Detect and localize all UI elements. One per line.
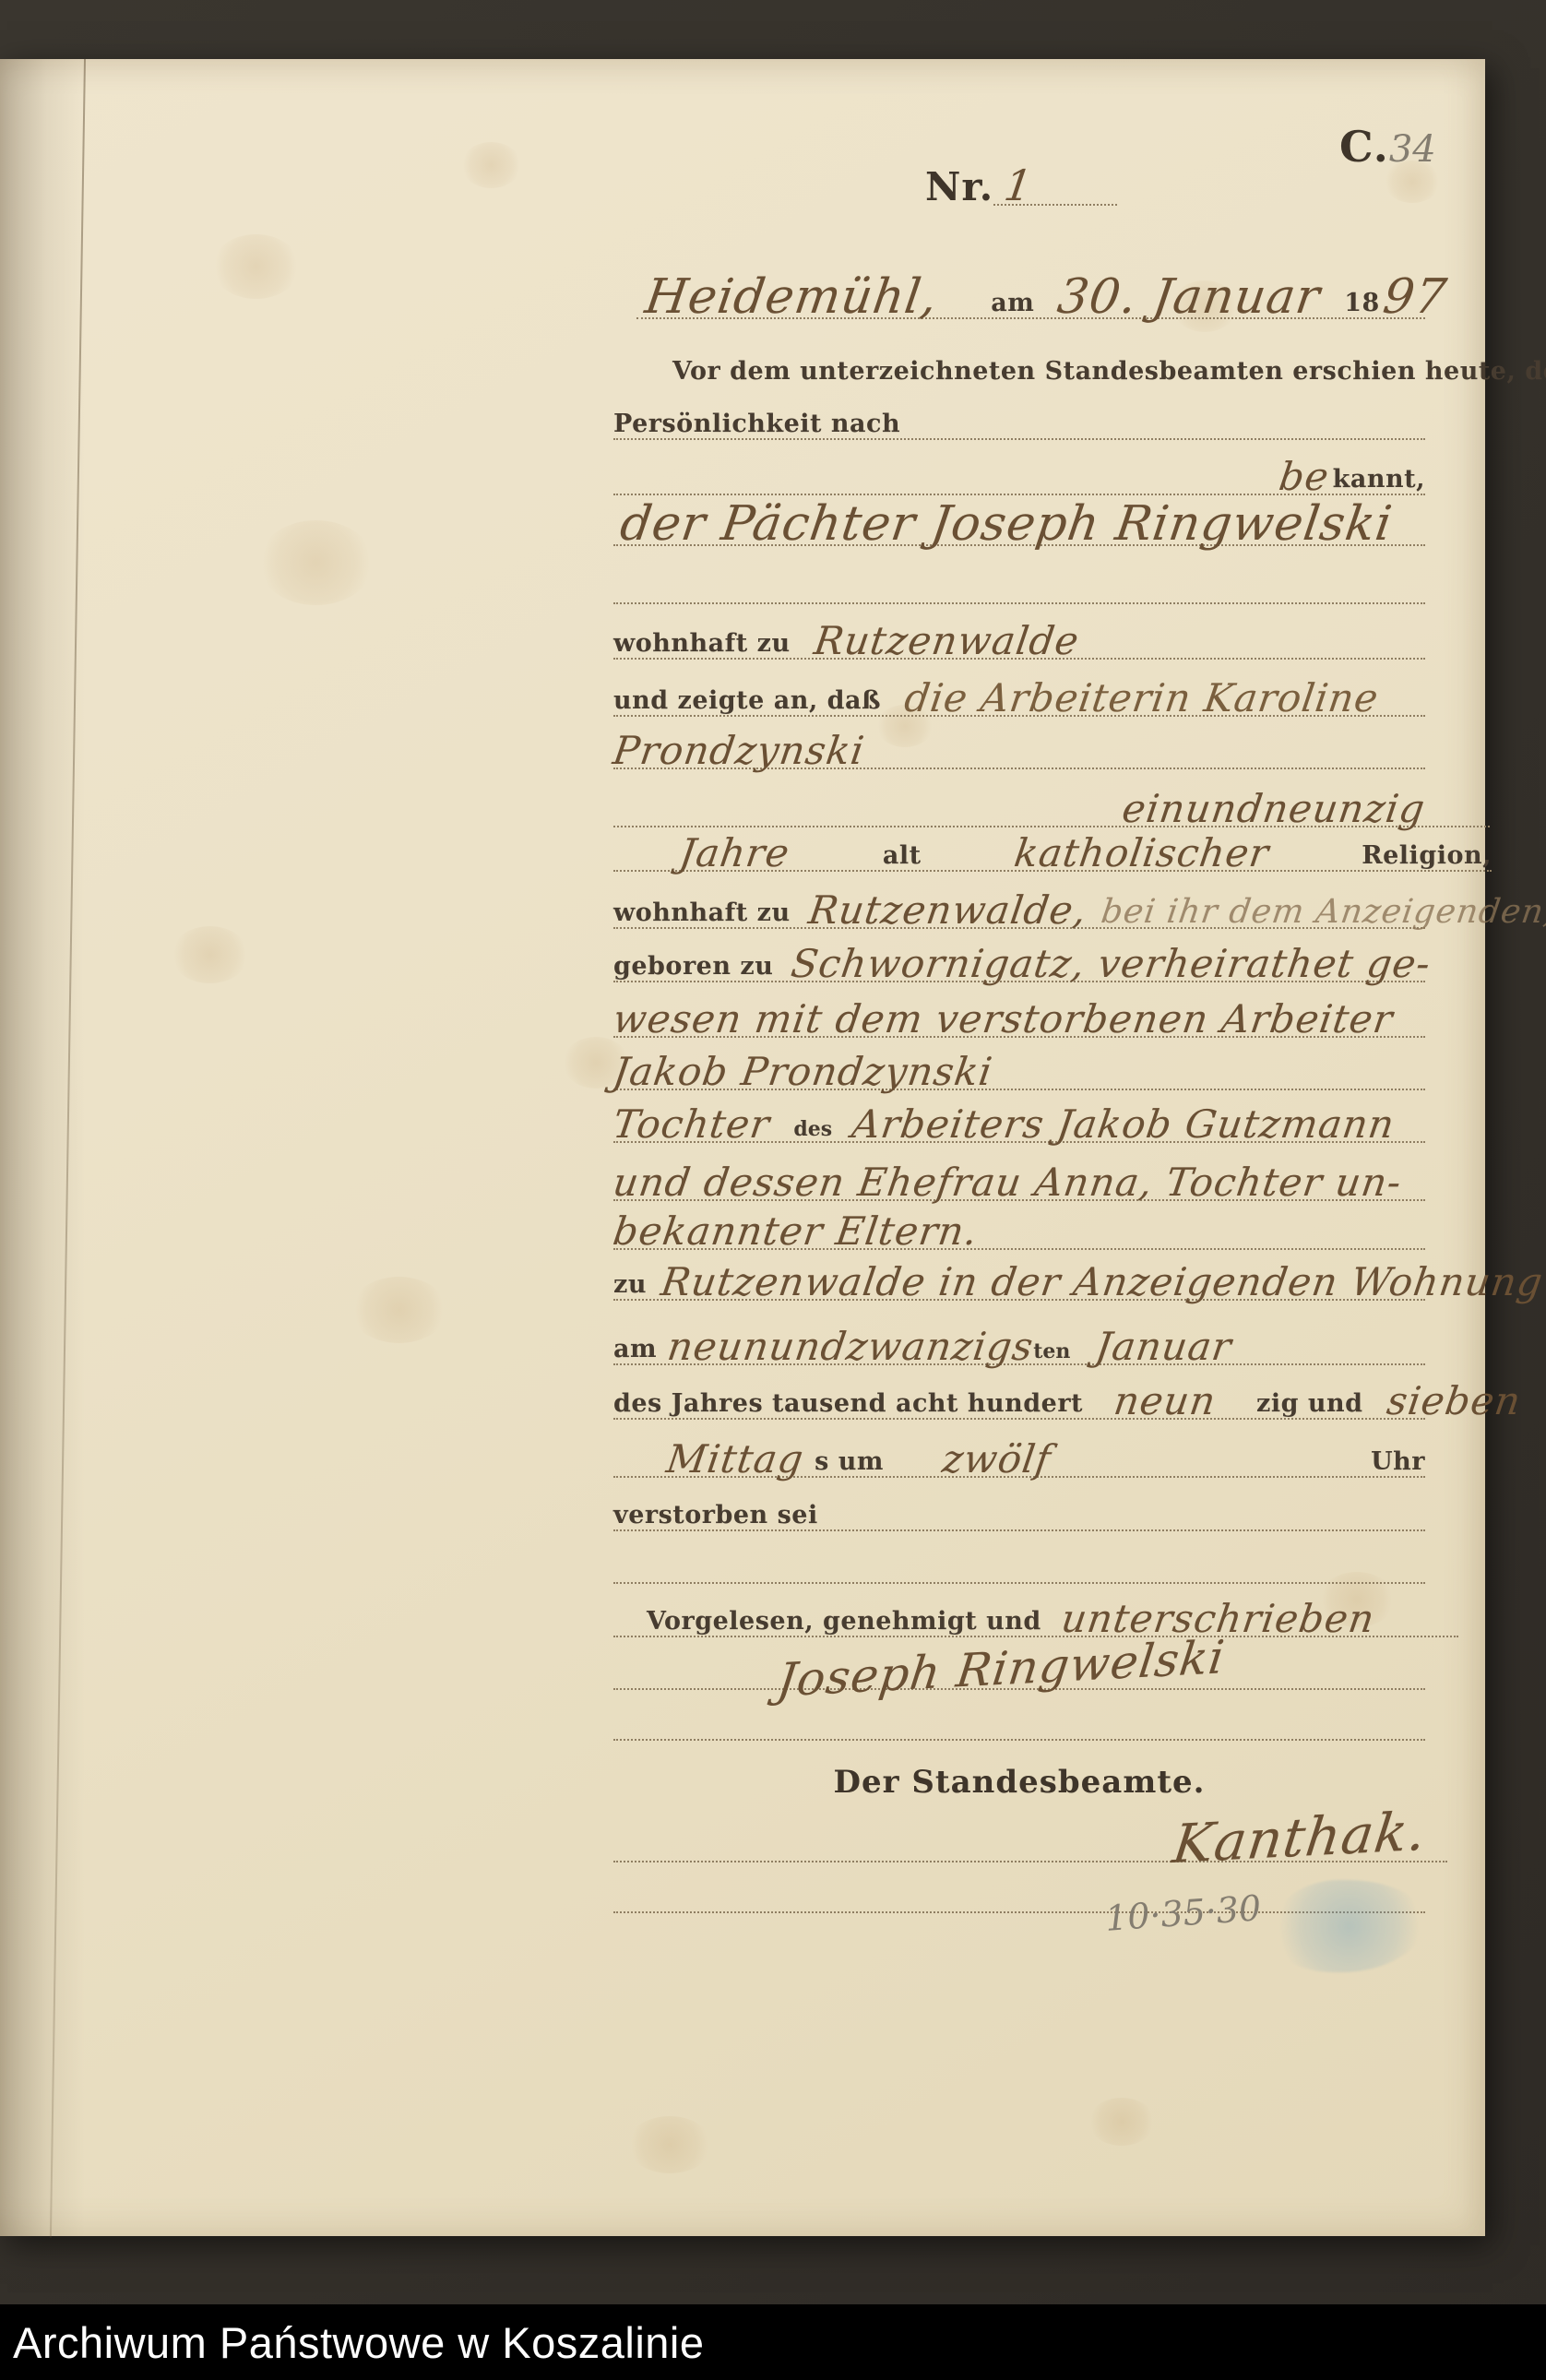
scan-viewport: C.34 Nr.1 Heidemühl, am 30. Januar 18 97… xyxy=(0,0,1546,2380)
age-alt-printed: alt xyxy=(883,841,922,870)
form-line-death-place: zu Rutzenwalde in der Anzeigenden Wohnun… xyxy=(613,1234,1425,1301)
death-day-printed-ten: ten xyxy=(1033,1339,1070,1363)
form-line-age-religion: Jahre alt katholischer Religion, xyxy=(613,815,1492,872)
death-month-handwritten: Januar xyxy=(1094,1330,1234,1363)
persoenlichkeit-printed-label: Persönlichkeit nach xyxy=(613,410,900,438)
age-jahre-handwritten: Jahre xyxy=(677,837,791,870)
dateline-year-handwritten: 97 xyxy=(1381,277,1449,317)
record-number: Nr.1 xyxy=(925,164,1117,209)
religion-handwritten-value: katholischer xyxy=(1012,837,1271,870)
form-line-intro: Vor dem unterzeichneten Standesbeamten e… xyxy=(613,343,1484,386)
form-line-persoenlichkeit: Persönlichkeit nach xyxy=(613,392,1425,440)
dateline-date-handwritten: 30. Januar xyxy=(1055,277,1323,317)
intro-printed-text: Vor dem unterzeichneten Standesbeamten e… xyxy=(672,357,1546,386)
form-line-residence-deceased: wohnhaft zu Rutzenwalde, bei ihr dem Anz… xyxy=(613,872,1425,929)
form-line-registrar-signature: Kanthak. xyxy=(613,1778,1447,1862)
form-line-father: Tochter des Arbeiters Jakob Gutzmann xyxy=(613,1077,1425,1143)
death-day-handwritten-value: neunundzwanzigs xyxy=(666,1330,1036,1363)
archive-corner-mark: C.34 xyxy=(1339,122,1436,172)
death-time-handwritten-part: Mittag xyxy=(664,1443,805,1476)
page-edge-shadow xyxy=(0,59,85,2236)
residence2-handwritten-note: bei ihr dem Anzeigenden, xyxy=(1100,898,1546,927)
form-line-blank-3 xyxy=(613,1720,1425,1741)
dateline-place-handwritten: Heidemühl, xyxy=(643,277,940,317)
record-number-value: 1 xyxy=(1003,168,1036,204)
corner-mark-pencil-number: 34 xyxy=(1389,128,1436,171)
death-time-printed-s-um: s um xyxy=(815,1447,884,1476)
dateline-century-printed: 18 xyxy=(1344,289,1380,317)
registrar-signature-handwritten: Kanthak. xyxy=(1171,1809,1429,1867)
form-line-death-time: Mittag s um zwölf Uhr xyxy=(613,1411,1425,1478)
death-time-handwritten-hour: zwölf xyxy=(940,1443,1052,1476)
form-line-deceased-surname: Prondzynski xyxy=(613,703,1425,769)
death-time-printed-uhr: Uhr xyxy=(1371,1447,1425,1476)
form-line-declarant-signature: Joseph Ringwelski xyxy=(613,1614,1425,1690)
form-line-verstorben: verstorben sei xyxy=(613,1483,1425,1531)
record-number-line: 1 xyxy=(993,168,1117,206)
archive-caption-text: Archiwum Państwowe w Koszalinie xyxy=(0,2317,705,2368)
record-number-label: Nr. xyxy=(925,164,993,209)
residence2-printed-label: wohnhaft zu xyxy=(613,898,791,927)
death-day-printed-am: am xyxy=(613,1335,657,1363)
verstorben-printed-text: verstorben sei xyxy=(613,1501,818,1529)
residence2-handwritten-value: Rutzenwalde, xyxy=(806,894,1088,927)
declarant-handwritten: der Pächter Joseph Ringwelski xyxy=(618,504,1395,544)
archive-caption-bar: Archiwum Państwowe w Koszalinie xyxy=(0,2304,1546,2380)
corner-mark-printed: C. xyxy=(1339,122,1389,172)
form-line-death-day: am neunundzwanzigs ten Januar xyxy=(613,1299,1425,1365)
form-line-declarant: der Pächter Joseph Ringwelski xyxy=(613,461,1425,546)
religion-printed-label: Religion, xyxy=(1362,841,1492,870)
death-place-handwritten-value: Rutzenwalde in der Anzeigenden Wohnung xyxy=(659,1266,1545,1299)
death-place-printed-zu: zu xyxy=(613,1270,647,1299)
dateline-am-printed: am xyxy=(991,289,1034,317)
form-line-dateline: Heidemühl, am 30. Januar 18 97 xyxy=(636,234,1425,319)
